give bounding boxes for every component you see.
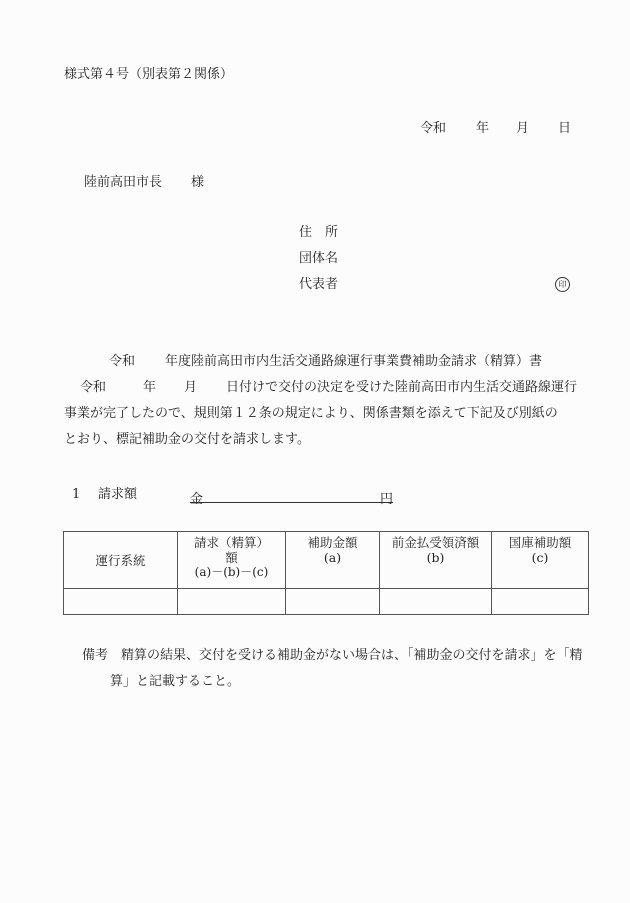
cell-national-subsidy[interactable] — [492, 589, 589, 615]
body-line-1-text: 日付けで交付の決定を受けた陸前高田市内生活交通路線運行 — [226, 375, 577, 401]
representative-label: 代表者 — [299, 278, 338, 291]
addressee-name: 陸前高田市長 — [84, 176, 162, 189]
body-line-2-text: 事業が完了したので、規則第１２条の規定により、関係書類を添えて下記及び別紙の — [64, 401, 558, 427]
body-line-3-text: とおり、標記補助金の交付を請求します。 — [64, 427, 310, 453]
header-subsidy-amount: 補助金額 (a) — [286, 532, 380, 589]
header-claim-line2: 額 — [178, 550, 285, 565]
table-row — [64, 589, 589, 615]
header-national-subsidy: 国庫補助額 (c) — [492, 532, 589, 589]
header-route: 運行系統 — [64, 532, 178, 589]
header-national-line1: 国庫補助額 — [492, 535, 588, 550]
header-advance-received: 前金払受領済額 (b) — [380, 532, 492, 589]
cell-claim-amount[interactable] — [178, 589, 286, 615]
date-month-label: 月 — [516, 122, 529, 135]
title-text: 年度陸前高田市内生活交通路線運行事業費補助金請求（精算）書 — [165, 355, 542, 368]
claim-prefix: 金 — [190, 488, 203, 507]
body-paragraph: 令和 年 月 日付けで交付の決定を受けた陸前高田市内生活交通路線運行 事業が完了… — [64, 375, 594, 453]
date-day-label: 日 — [558, 122, 571, 135]
claim-number: 1 — [72, 488, 80, 501]
body-month: 月 — [184, 375, 197, 401]
breakdown-table: 運行系統 請求（精算） 額 (a)－(b)－(c) 補助金額 (a) 前金払受領… — [63, 531, 589, 615]
claim-suffix: 円 — [380, 488, 393, 507]
header-claim-line1: 請求（精算） — [178, 535, 285, 550]
addressee-honorific: 様 — [191, 176, 204, 189]
claim-label: 請求額 — [98, 488, 137, 501]
organization-label: 団体名 — [299, 252, 338, 265]
note-line-2: 算」と記載すること。 — [82, 669, 582, 695]
cell-subsidy-amount[interactable] — [286, 589, 380, 615]
title-era: 令和 — [109, 355, 135, 368]
date-year-label: 年 — [476, 122, 489, 135]
table-header-row: 運行系統 請求（精算） 額 (a)－(b)－(c) 補助金額 (a) 前金払受領… — [64, 532, 589, 589]
body-era: 令和 — [80, 375, 106, 401]
header-national-line2: (c) — [492, 550, 588, 565]
header-route-label: 運行系統 — [95, 553, 145, 568]
body-year: 年 — [143, 375, 156, 401]
seal-icon: 印 — [555, 277, 570, 292]
header-subsidy-line1: 補助金額 — [286, 535, 379, 550]
note-line-1: 備考 精算の結果、交付を受ける補助金がない場合は、「補助金の交付を請求」を「精 — [82, 643, 582, 669]
header-claim-formula: (a)－(b)－(c) — [178, 565, 285, 580]
body-line-1: 令和 年 月 日付けで交付の決定を受けた陸前高田市内生活交通路線運行 — [64, 375, 594, 401]
header-advance-line2: (b) — [380, 550, 491, 565]
claim-amount-field[interactable]: 金 円 — [190, 484, 393, 503]
date-era: 令和 — [420, 122, 446, 135]
form-number: 様式第４号（別表第２関係） — [64, 68, 233, 81]
cell-advance-received[interactable] — [380, 589, 492, 615]
header-claim-amount: 請求（精算） 額 (a)－(b)－(c) — [178, 532, 286, 589]
header-advance-line1: 前金払受領済額 — [380, 535, 491, 550]
remarks-note: 備考 精算の結果、交付を受ける補助金がない場合は、「補助金の交付を請求」を「精 … — [82, 643, 582, 695]
cell-route[interactable] — [64, 589, 178, 615]
address-label: 住 所 — [299, 226, 338, 239]
body-line-2: 事業が完了したので、規則第１２条の規定により、関係書類を添えて下記及び別紙の — [64, 401, 594, 427]
header-subsidy-line2: (a) — [286, 550, 379, 565]
body-line-3: とおり、標記補助金の交付を請求します。 — [64, 427, 594, 453]
